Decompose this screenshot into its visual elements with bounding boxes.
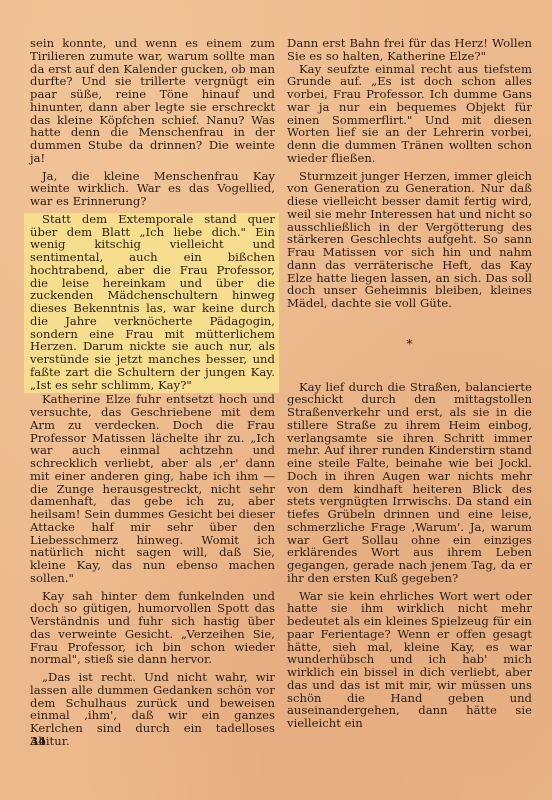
section-divider: * <box>287 338 532 351</box>
paragraph: „Das ist recht. Und nicht wahr, wir lass… <box>30 671 275 748</box>
page-number: 34 <box>30 734 46 748</box>
paragraph: War sie kein ehrliches Wort wert oder ha… <box>287 590 532 730</box>
paragraph: Sturmzeit junger Herzen, immer gleich vo… <box>287 170 532 310</box>
highlighted-paragraph: Statt dem Extemporale stand quer über de… <box>24 213 279 394</box>
paragraph: Kay lief durch die Straßen, balancierte … <box>287 381 532 585</box>
paragraph: sein konnte, und wenn es einem zum Tiril… <box>30 37 275 165</box>
left-column: sein konnte, und wenn es einem zum Tiril… <box>30 37 275 748</box>
right-column: Dann erst Bahn frei für das Herz! Wollen… <box>287 37 532 730</box>
paragraph: Ja, die kleine Menschenfrau Kay weinte w… <box>30 170 275 208</box>
paragraph: Dann erst Bahn frei für das Herz! Wollen… <box>287 37 532 63</box>
paragraph: Kay sah hinter dem funkelnden und doch s… <box>30 590 275 667</box>
paragraph: Katherine Elze fuhr entsetzt hoch und ve… <box>30 393 275 584</box>
paragraph: Kay seufzte einmal recht aus tiefstem Gr… <box>287 63 532 165</box>
